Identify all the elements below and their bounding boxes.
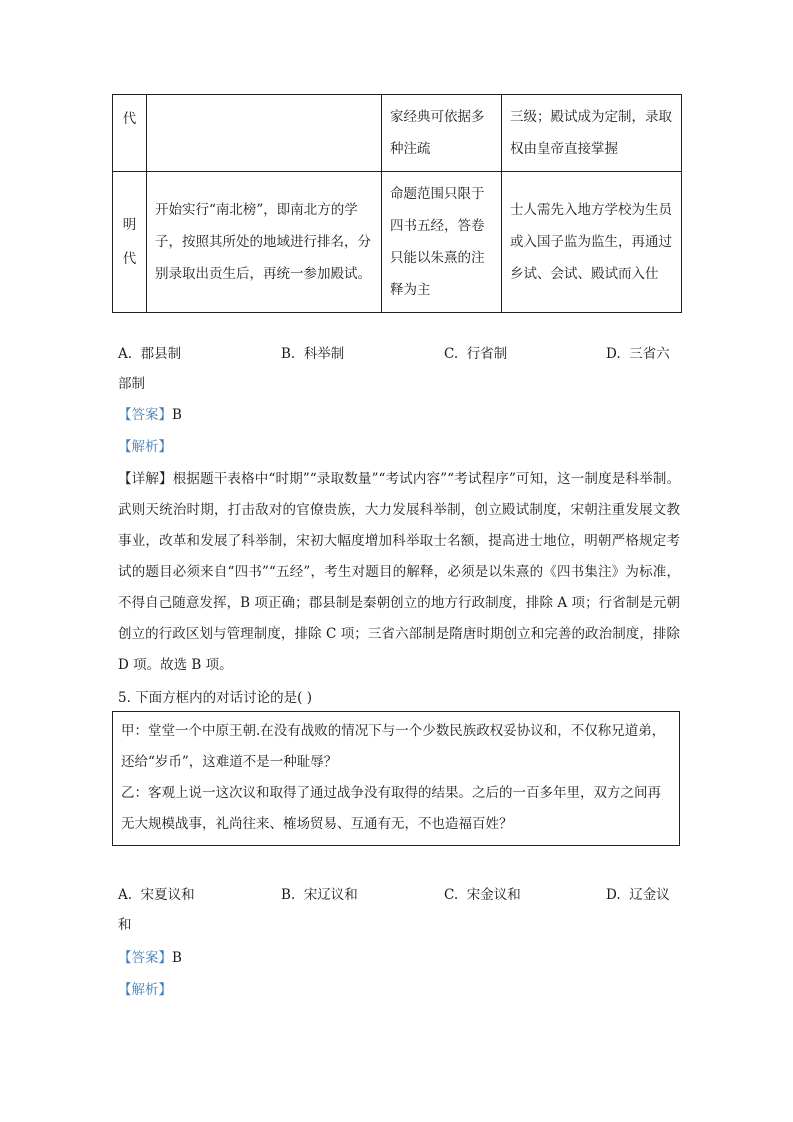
document-page: 代 家经典可依据多种注疏 三级；殿试成为定制，录取权由皇帝直接掌握 明代 开始实…	[0, 0, 793, 1122]
procedure-cell: 三级；殿试成为定制，录取权由皇帝直接掌握	[502, 95, 682, 172]
detail-label: 【详解】	[118, 471, 173, 487]
exam-system-table: 代 家经典可依据多种注疏 三级；殿试成为定制，录取权由皇帝直接掌握 明代 开始实…	[112, 94, 682, 313]
admission-cell: 开始实行“南北榜”，即南北方的学子，按照其所处的地域进行排名，分别录取出贡生后，…	[147, 172, 382, 313]
q4-analysis-label: 【解析】	[118, 437, 680, 457]
procedure-cell: 士人需先入地方学校为生员或入国子监为监生，再通过乡试、会试、殿试而入仕	[502, 172, 682, 313]
period-cell: 代	[113, 95, 147, 172]
q4-option-a: A. 郡县制	[118, 344, 181, 364]
content-cell: 命题范围只限于四书五经，答卷只能以朱熹的注释为主	[382, 172, 502, 313]
admission-cell	[147, 95, 382, 172]
q4-option-d: D. 三省六	[606, 344, 670, 364]
answer-label: 【答案】	[118, 407, 172, 423]
q5-answer: 【答案】B	[118, 948, 680, 968]
q5-option-a: A. 宋夏议和	[118, 885, 195, 905]
period-cell: 明代	[113, 172, 147, 313]
q4-option-d-wrap: 部制	[118, 374, 678, 394]
q5-option-b: B. 宋辽议和	[281, 885, 358, 905]
answer-label: 【答案】	[118, 950, 172, 966]
q5-option-c: C. 宋金议和	[444, 885, 521, 905]
q5-option-d: D. 辽金议	[606, 885, 670, 905]
q5-title: 5. 下面方框内的对话讨论的是( )	[118, 688, 312, 708]
q5-analysis-label: 【解析】	[118, 980, 680, 1000]
q5-options: A. 宋夏议和 B. 宋辽议和 C. 宋金议和 D. 辽金议 和	[118, 885, 678, 935]
q4-options: A. 郡县制 B. 科举制 C. 行省制 D. 三省六 部制	[118, 344, 678, 394]
q4-answer: 【答案】B	[118, 405, 680, 425]
table-row: 代 家经典可依据多种注疏 三级；殿试成为定制，录取权由皇帝直接掌握	[113, 95, 682, 172]
q5-option-d-wrap: 和	[118, 915, 678, 935]
dialog-jia: 甲：堂堂一个中原王朝.在没有战败的情况下与一个少数民族政权妥协议和，不仅称兄道弟…	[121, 716, 673, 778]
table-row: 明代 开始实行“南北榜”，即南北方的学子，按照其所处的地域进行排名，分别录取出贡…	[113, 172, 682, 313]
q5-dialog-box: 甲：堂堂一个中原王朝.在没有战败的情况下与一个少数民族政权妥协议和，不仅称兄道弟…	[112, 711, 680, 846]
answer-value: B	[172, 407, 182, 423]
q4-option-c: C. 行省制	[444, 344, 507, 364]
q4-option-b: B. 科举制	[281, 344, 344, 364]
q4-detail: 【详解】根据题干表格中“时期”“录取数量”“考试内容”“考试程序”可知，这一制度…	[118, 464, 680, 681]
dialog-yi: 乙：客观上说一这次议和取得了通过战争没有取得的结果。之后的一百多年里，双方之间再…	[121, 778, 673, 840]
answer-value: B	[172, 950, 182, 966]
detail-text: 根据题干表格中“时期”“录取数量”“考试内容”“考试程序”可知，这一制度是科举制…	[118, 471, 680, 673]
content-cell: 家经典可依据多种注疏	[382, 95, 502, 172]
